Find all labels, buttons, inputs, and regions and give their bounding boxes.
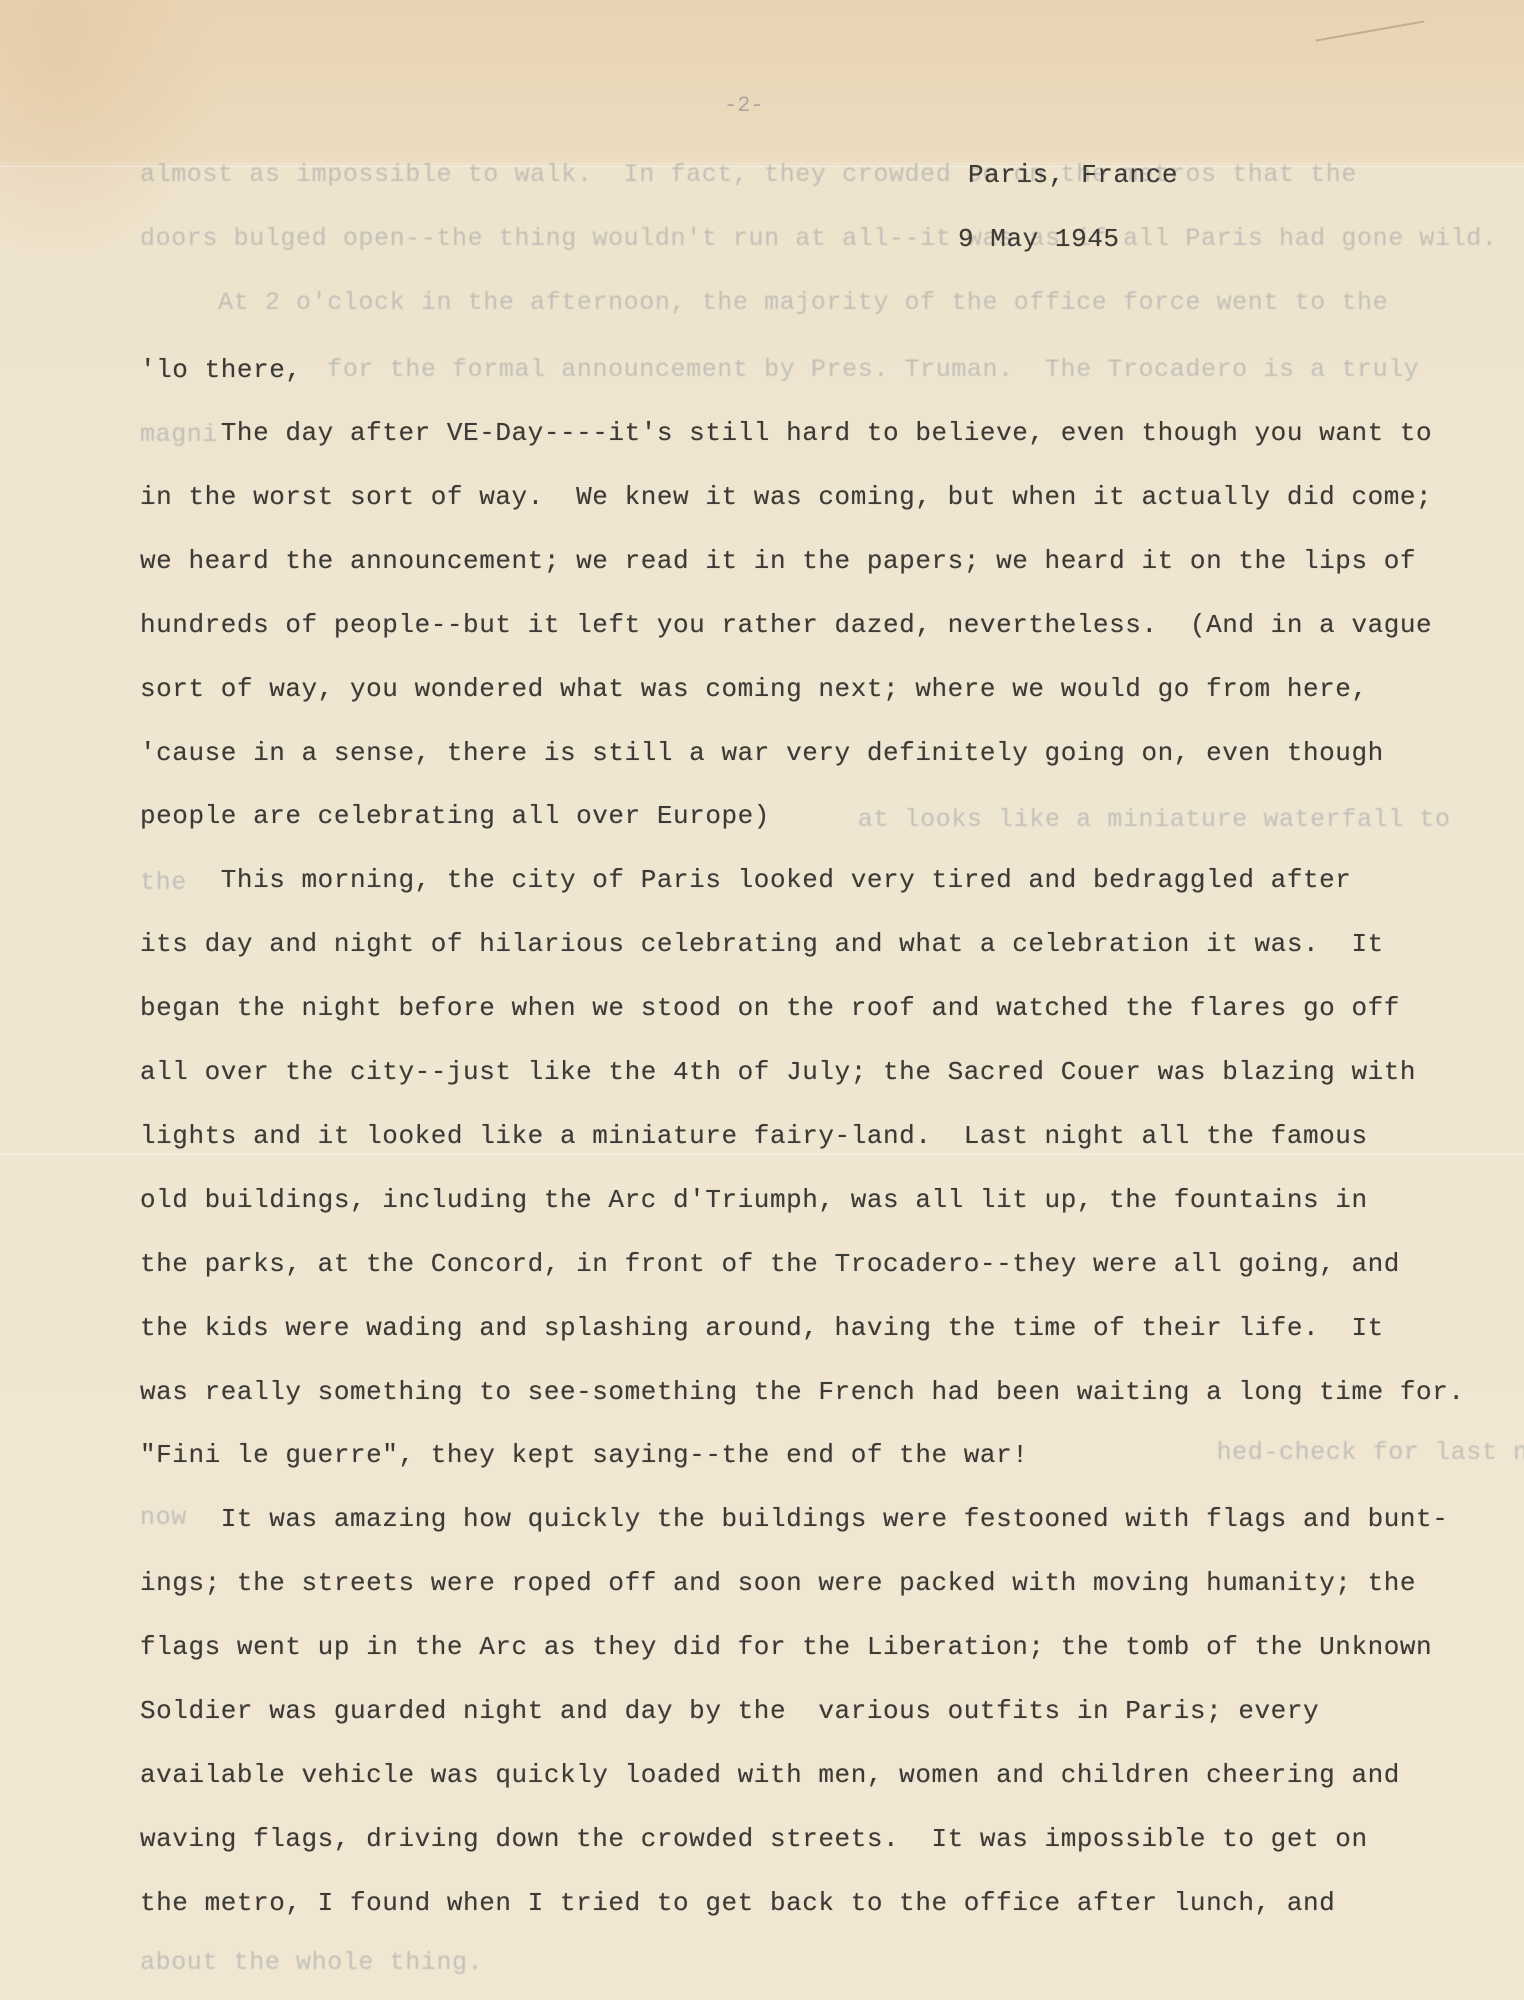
letter-body-line: Soldier was guarded night and day by the… (140, 1696, 1319, 1726)
letter-page: almost as impossible to walk. In fact, t… (0, 0, 1524, 2000)
letter-place: Paris, France (968, 160, 1178, 190)
letter-body-line: hundreds of people--but it left you rath… (140, 610, 1432, 640)
bleed-through-line: At 2 o'clock in the afternoon, the major… (140, 288, 1388, 317)
letter-body-line: began the night before when we stood on … (140, 993, 1400, 1023)
letter-body-line: The day after VE-Day----it's still hard … (140, 418, 1432, 448)
letter-body-line: the parks, at the Concord, in front of t… (140, 1249, 1400, 1279)
letter-body-line: available vehicle was quickly loaded wit… (140, 1760, 1400, 1790)
letter-body-line: "Fini le guerre", they kept saying--the … (140, 1440, 1028, 1470)
paper-scratch-mark (1316, 20, 1425, 41)
letter-body-line: all over the city--just like the 4th of … (140, 1057, 1416, 1087)
letter-date: 9 May 1945 (958, 224, 1120, 254)
paper-fold-line (0, 1154, 1524, 1155)
letter-body-line: lights and it looked like a miniature fa… (140, 1121, 1368, 1151)
letter-body-line: the metro, I found when I tried to get b… (140, 1888, 1335, 1918)
letter-body-line: the kids were wading and splashing aroun… (140, 1313, 1384, 1343)
letter-body-line: old buildings, including the Arc d'Trium… (140, 1185, 1368, 1215)
page-number: -2- (724, 93, 764, 118)
letter-body-line: sort of way, you wondered what was comin… (140, 674, 1368, 704)
letter-body-line: 'cause in a sense, there is still a war … (140, 738, 1384, 768)
bleed-through-line: about the whole thing. (140, 1948, 483, 1977)
letter-body-line: It was amazing how quickly the buildings… (140, 1504, 1448, 1534)
letter-body-line: its day and night of hilarious celebrati… (140, 929, 1384, 959)
letter-body-line: was really something to see-something th… (140, 1377, 1465, 1407)
letter-body-line: people are celebrating all over Europe) (140, 801, 770, 831)
letter-body-line: we heard the announcement; we read it in… (140, 546, 1416, 576)
bleed-through-line: doors bulged open--the thing wouldn't ru… (140, 224, 1497, 253)
letter-body-line: waving flags, driving down the crowded s… (140, 1824, 1368, 1854)
letter-salutation: 'lo there, (140, 355, 302, 385)
letter-body-line: ings; the streets were roped off and soo… (140, 1568, 1416, 1598)
letter-body-line: flags went up in the Arc as they did for… (140, 1632, 1432, 1662)
letter-body-line: This morning, the city of Paris looked v… (140, 865, 1351, 895)
bleed-through-line: for the formal announcement by Pres. Tru… (140, 355, 1419, 384)
letter-body-line: in the worst sort of way. We knew it was… (140, 482, 1432, 512)
